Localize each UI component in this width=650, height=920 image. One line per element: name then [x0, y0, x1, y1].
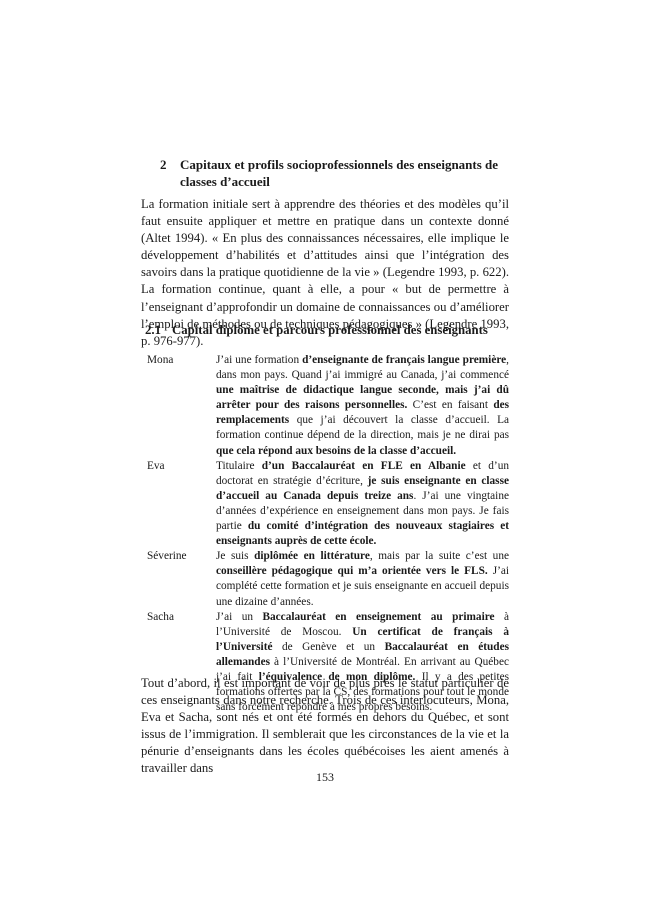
- emphasized-text: d’enseignante de français langue premièr…: [302, 354, 506, 366]
- page-number: 153: [0, 770, 650, 785]
- testimony-speaker: Séverine: [147, 549, 216, 609]
- emphasized-text: Baccalauréat en enseignement au primaire: [262, 611, 494, 623]
- testimony-row: MonaJ’ai une formation d’enseignante de …: [147, 353, 509, 459]
- subsection-title: Capital diplôme et parcours professionne…: [172, 323, 488, 337]
- text-segment: de Genève et un: [272, 641, 384, 653]
- text-segment: C’est en faisant: [407, 399, 493, 411]
- testimony-text: J’ai une formation d’enseignante de fran…: [216, 353, 509, 459]
- text-segment: Je suis: [216, 550, 254, 562]
- text-segment: , mais par la suite c’est une: [370, 550, 509, 562]
- text-segment: J’ai une formation: [216, 354, 302, 366]
- section-heading: 2 Capitaux et profils socioprofessionnel…: [160, 156, 510, 190]
- testimony-row: EvaTitulaire d’un Baccalauréat en FLE en…: [147, 459, 509, 550]
- closing-paragraph: Tout d’abord, il est important de voir d…: [141, 675, 509, 778]
- section-title: Capitaux et profils socioprofessionnels …: [180, 156, 510, 190]
- emphasized-text: du comité d’intégration des nouveaux sta…: [216, 520, 509, 547]
- testimony-text: Je suis diplômée en littérature, mais pa…: [216, 549, 509, 609]
- testimony-speaker: Eva: [147, 459, 216, 550]
- testimony-text: Titulaire d’un Baccalauréat en FLE en Al…: [216, 459, 509, 550]
- emphasized-text: conseillère pédagogique qui m’a orientée…: [216, 565, 488, 577]
- subsection-heading: 2.1Capital diplôme et parcours professio…: [145, 322, 488, 339]
- text-segment: Titulaire: [216, 460, 262, 472]
- emphasized-text: que cela répond aux besoins de la classe…: [216, 445, 456, 457]
- testimony-row: SéverineJe suis diplômée en littérature,…: [147, 549, 509, 609]
- emphasized-text: d’un Baccalauréat en FLE en Albanie: [262, 460, 466, 472]
- testimonies-block: MonaJ’ai une formation d’enseignante de …: [147, 353, 509, 715]
- section-number: 2: [160, 156, 167, 173]
- emphasized-text: diplômée en littérature: [254, 550, 370, 562]
- testimony-speaker: Mona: [147, 353, 216, 459]
- text-segment: J’ai un: [216, 611, 262, 623]
- subsection-number: 2.1: [145, 322, 172, 339]
